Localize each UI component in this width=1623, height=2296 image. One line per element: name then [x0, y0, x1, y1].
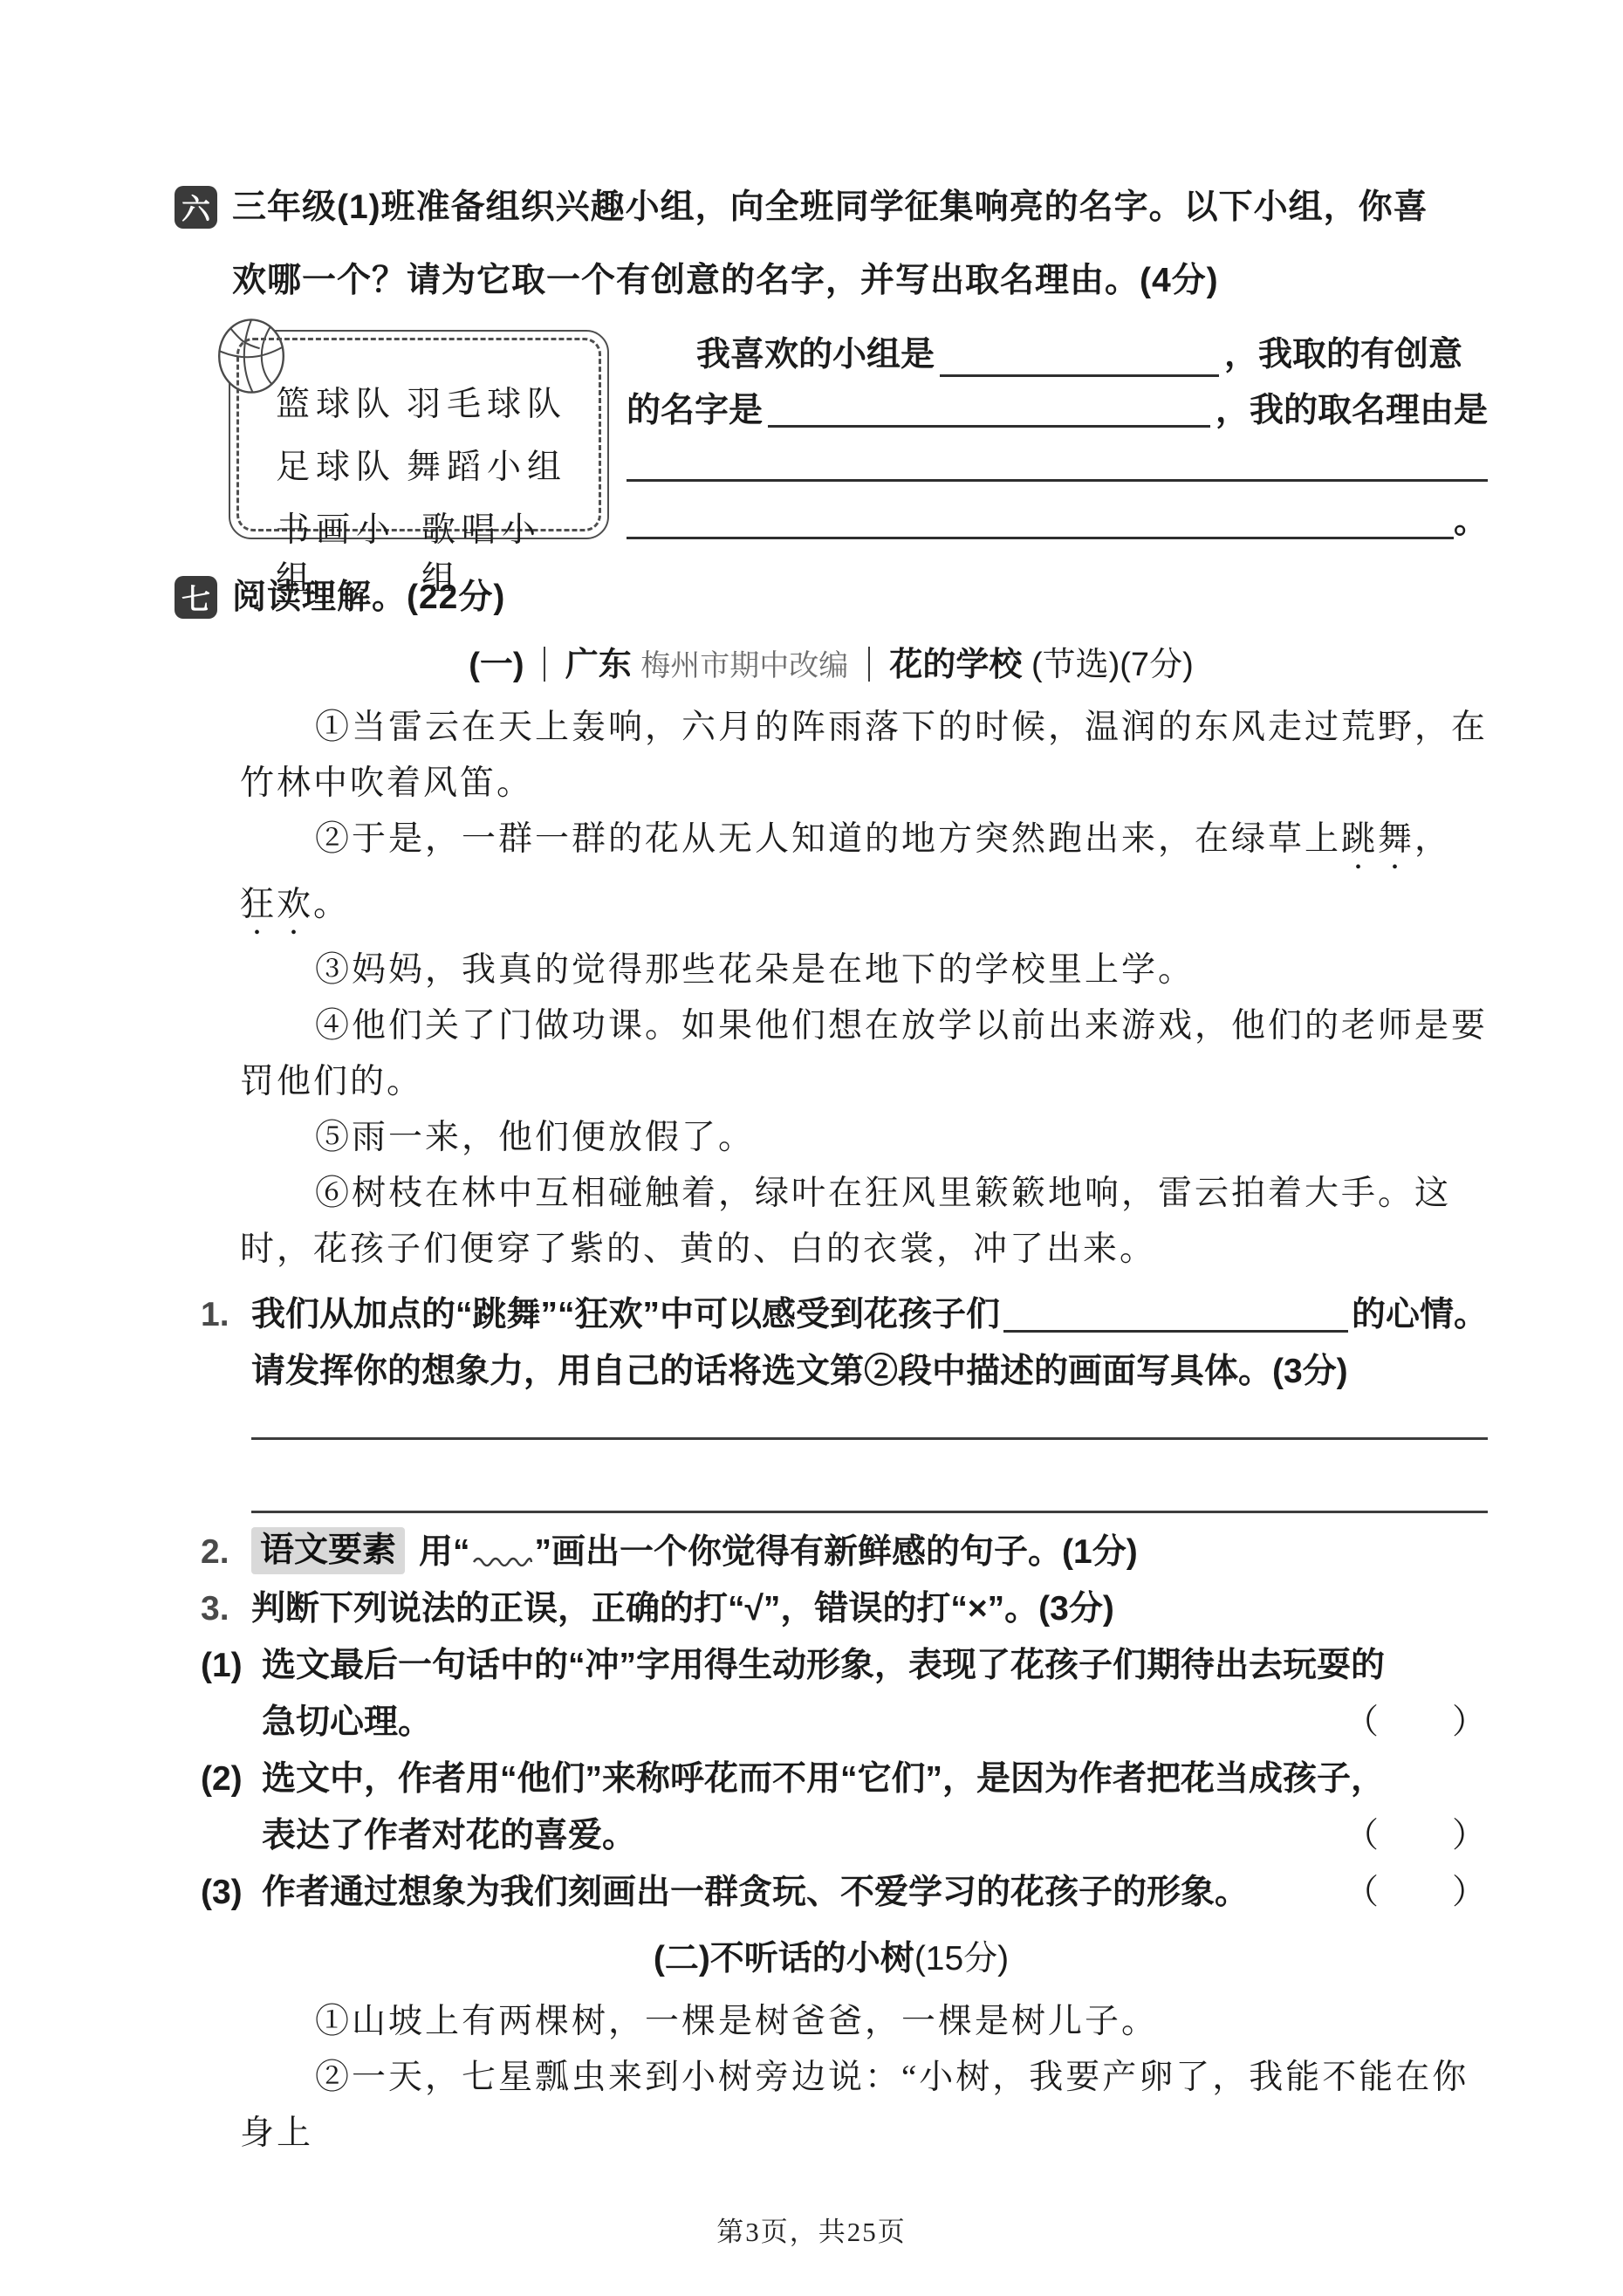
- item-3-line-1: 作者通过想象为我们刻画出一群贪玩、不爱学习的花孩子的形象。 （ ）: [262, 1864, 1488, 1921]
- item-2-answer-bracket[interactable]: （ ）: [1345, 1807, 1488, 1864]
- passage-1-title: 花的学校: [889, 647, 1022, 683]
- judgement-item-2: (2) 选文中，作者用“他们”来称呼花而不用“它们”，是因为作者把花当成孩子， …: [201, 1751, 1488, 1864]
- emphasized-word-dance: 跳舞: [1341, 820, 1414, 858]
- group-option-singing: 歌唱小组: [421, 503, 567, 565]
- passage-2-score: (15分): [914, 1940, 1009, 1977]
- passage-1-text: ①当雷云在天上轰响，六月的阵雨落下的时候，温润的东风走过荒野，在竹林中吹着风笛。…: [240, 700, 1488, 1278]
- blank-reason-line-2[interactable]: [627, 537, 1454, 539]
- emphasized-word-revel: 狂欢: [240, 886, 313, 923]
- paragraph-2-comma: ，: [1414, 820, 1451, 858]
- passage-2-title: (二)不听话的小树: [654, 1940, 914, 1977]
- answer-line: 的名字是 ，我的取名理由是: [627, 386, 1488, 436]
- blank-feeling[interactable]: [1003, 1286, 1348, 1333]
- question-2-text-pre: 用“: [419, 1533, 470, 1571]
- question-2: 2. 语文要素用“”画出一个你觉得有新鲜感的句子。(1分): [201, 1524, 1488, 1580]
- group-option-dance: 舞蹈小组: [407, 440, 567, 503]
- paragraph-3: ③妈妈，我真的觉得那些花朵是在地下的学校里上学。: [240, 942, 1488, 998]
- passage-1-suffix: (节选)(7分): [1031, 647, 1194, 683]
- question-1-number: 1.: [201, 1286, 251, 1513]
- divider-bar: [868, 647, 870, 682]
- question-3: 3. 判断下列说法的正误，正确的打“√”，错误的打“×”。(3分): [201, 1580, 1488, 1637]
- section-6-prompt-line-1: 三年级(1)班准备组织兴趣小组，向全班同学征集响亮的名字。以下小组，你喜: [232, 171, 1428, 244]
- fill-text: ，我的取名理由是: [1216, 386, 1488, 436]
- question-1-line-2: 请发挥你的想象力，用自己的话将选文第②段中描述的画面写具体。(3分): [251, 1343, 1488, 1400]
- answer-write-line-1[interactable]: [251, 1400, 1488, 1440]
- paragraph-2: ②于是，一群一群的花从无人知道的地方突然跑出来，在绿草上跳舞，狂欢。: [240, 812, 1488, 942]
- question-1: 1. 我们从加点的“跳舞”“狂欢”中可以感受到花孩子们 的心情。 请发挥你的想象…: [201, 1286, 1488, 1513]
- group-row: 书画小组 歌唱小组: [276, 503, 567, 565]
- answer-write-line-2[interactable]: [251, 1440, 1488, 1513]
- blank-reason-line-1[interactable]: [627, 456, 1488, 482]
- item-2-number: (2): [201, 1751, 262, 1864]
- item-2-text-cont: 表达了作者对花的喜爱。: [262, 1807, 636, 1864]
- passage-1-number: (一): [469, 647, 524, 683]
- question-3-body: 判断下列说法的正误，正确的打“√”，错误的打“×”。(3分): [251, 1580, 1488, 1637]
- question-1-body: 我们从加点的“跳舞”“狂欢”中可以感受到花孩子们 的心情。 请发挥你的想象力，用…: [251, 1286, 1488, 1513]
- passage-1-source-detail: 梅州市期中改编: [640, 649, 848, 682]
- answer-line: 。: [627, 487, 1488, 541]
- item-1-text: 选文最后一句话中的“冲”字用得生动形象，表现了花孩子们期待出去玩耍的: [262, 1637, 1385, 1694]
- group-option-art: 书画小组: [276, 503, 421, 565]
- fill-period: 。: [1454, 503, 1488, 541]
- judgement-item-3: (3) 作者通过想象为我们刻画出一群贪玩、不爱学习的花孩子的形象。 （ ）: [201, 1864, 1488, 1921]
- section-6-badge: 六: [175, 186, 217, 229]
- group-row: 篮球队 羽毛球队: [276, 377, 567, 440]
- test-paper-page: 六 三年级(1)班准备组织兴趣小组，向全班同学征集响亮的名字。以下小组，你喜 欢…: [0, 0, 1623, 2296]
- answer-line: [627, 456, 1488, 483]
- passage-1-source-region: 广东: [565, 647, 632, 683]
- section-7-header: 七 阅读理解。(22分): [175, 567, 1488, 628]
- question-2-number: 2.: [201, 1524, 251, 1580]
- item-1-body: 选文最后一句话中的“冲”字用得生动形象，表现了花孩子们期待出去玩耍的 急切心理。…: [262, 1637, 1488, 1751]
- passage-1-heading: (一) 广东 梅州市期中改编 花的学校 (节选)(7分): [175, 635, 1488, 695]
- interest-group-list: 篮球队 羽毛球队 足球队 舞蹈小组 书画小组 歌唱小组: [236, 338, 601, 531]
- item-1-answer-bracket[interactable]: （ ）: [1345, 1694, 1488, 1751]
- question-3-number: 3.: [201, 1580, 251, 1637]
- item-1-text-cont: 急切心理。: [262, 1694, 432, 1751]
- section-6-body: 篮球队 羽毛球队 足球队 舞蹈小组 书画小组 歌唱小组 我喜欢的小组是 ，我取的…: [175, 330, 1488, 541]
- blank-group-choice[interactable]: [940, 330, 1219, 377]
- question-2-text-post: ”画出一个你觉得有新鲜感的句子。(1分): [535, 1533, 1138, 1571]
- paragraph-6: ⑥树枝在林中互相碰触着，绿叶在狂风里簌簌地响，雷云拍着大手。这时，花孩子们便穿了…: [240, 1166, 1488, 1278]
- item-1-line-2: 急切心理。 （ ）: [262, 1694, 1488, 1751]
- item-2-line-1: 选文中，作者用“他们”来称呼花而不用“它们”，是因为作者把花当成孩子，: [262, 1751, 1488, 1807]
- item-3-answer-bracket[interactable]: （ ）: [1345, 1864, 1488, 1921]
- paragraph-5: ⑤雨一来，他们便放假了。: [240, 1110, 1488, 1166]
- fill-text: ，我取的有创意: [1224, 330, 1462, 386]
- wavy-line-icon: [472, 1552, 533, 1566]
- item-3-number: (3): [201, 1864, 262, 1921]
- question-1-line-1: 我们从加点的“跳舞”“狂欢”中可以感受到花孩子们 的心情。: [251, 1286, 1488, 1343]
- chinese-element-badge: 语文要素: [251, 1527, 405, 1574]
- fill-text: 的名字是: [627, 386, 763, 436]
- section-7-title: 阅读理解。(22分): [232, 567, 505, 628]
- question-1-text-pre: 我们从加点的“跳舞”“狂欢”中可以感受到花孩子们: [251, 1286, 1000, 1343]
- item-3-body: 作者通过想象为我们刻画出一群贪玩、不爱学习的花孩子的形象。 （ ）: [262, 1864, 1488, 1921]
- section-6-answer-area: 我喜欢的小组是 ，我取的有创意 的名字是 ，我的取名理由是 。: [627, 330, 1488, 541]
- divider-bar: [544, 647, 545, 682]
- passage-2-text: ①山坡上有两棵树，一棵是树爸爸，一棵是树儿子。 ②一天，七星瓢虫来到小树旁边说：…: [240, 1994, 1488, 2162]
- item-3-text: 作者通过想象为我们刻画出一群贪玩、不爱学习的花孩子的形象。: [262, 1864, 1249, 1921]
- group-option-football: 足球队: [276, 440, 396, 503]
- item-1-number: (1): [201, 1637, 262, 1751]
- section-6-prompt-line-2: 欢哪一个？请为它取一个有创意的名字，并写出取名理由。(4分): [232, 244, 1428, 318]
- fill-text: 我喜欢的小组是: [696, 330, 935, 386]
- passage-2-paragraph-1: ①山坡上有两棵树，一棵是树爸爸，一棵是树儿子。: [240, 1994, 1488, 2050]
- item-1-line-1: 选文最后一句话中的“冲”字用得生动形象，表现了花孩子们期待出去玩耍的: [262, 1637, 1488, 1694]
- passage-2-heading: (二)不听话的小树(15分): [175, 1929, 1488, 1989]
- group-option-badminton: 羽毛球队: [407, 377, 567, 440]
- item-2-line-2: 表达了作者对花的喜爱。 （ ）: [262, 1807, 1488, 1864]
- section-6-header: 六 三年级(1)班准备组织兴趣小组，向全班同学征集响亮的名字。以下小组，你喜 欢…: [175, 171, 1488, 318]
- paragraph-1: ①当雷云在天上轰响，六月的阵雨落下的时候，温润的东风走过荒野，在竹林中吹着风笛。: [240, 700, 1488, 812]
- group-option-basketball: 篮球队: [276, 377, 396, 440]
- interest-group-box: 篮球队 羽毛球队 足球队 舞蹈小组 书画小组 歌唱小组: [229, 330, 609, 539]
- blank-group-name[interactable]: [768, 386, 1210, 428]
- paragraph-2-period: 。: [313, 886, 350, 923]
- judgement-item-1: (1) 选文最后一句话中的“冲”字用得生动形象，表现了花孩子们期待出去玩耍的 急…: [201, 1637, 1488, 1751]
- section-6-prompt: 三年级(1)班准备组织兴趣小组，向全班同学征集响亮的名字。以下小组，你喜 欢哪一…: [232, 171, 1428, 318]
- answer-line: 我喜欢的小组是 ，我取的有创意: [627, 330, 1488, 386]
- passage-2-paragraph-2: ②一天，七星瓢虫来到小树旁边说：“小树，我要产卵了，我能不能在你身上: [240, 2050, 1488, 2162]
- item-2-text: 选文中，作者用“他们”来称呼花而不用“它们”，是因为作者把花当成孩子，: [262, 1751, 1385, 1807]
- question-1-text-post: 的心情。: [1352, 1286, 1488, 1343]
- item-2-body: 选文中，作者用“他们”来称呼花而不用“它们”，是因为作者把花当成孩子， 表达了作…: [262, 1751, 1488, 1864]
- page-number-footer: 第3页，共25页: [0, 2210, 1623, 2249]
- paragraph-4: ④他们关了门做功课。如果他们想在放学以前出来游戏，他们的老师是要罚他们的。: [240, 998, 1488, 1110]
- section-7-badge: 七: [175, 576, 217, 619]
- question-2-body: 语文要素用“”画出一个你觉得有新鲜感的句子。(1分): [251, 1524, 1488, 1580]
- group-row: 足球队 舞蹈小组: [276, 440, 567, 503]
- paragraph-2-text: ②于是，一群一群的花从无人知道的地方突然跑出来，在绿草上: [315, 820, 1341, 858]
